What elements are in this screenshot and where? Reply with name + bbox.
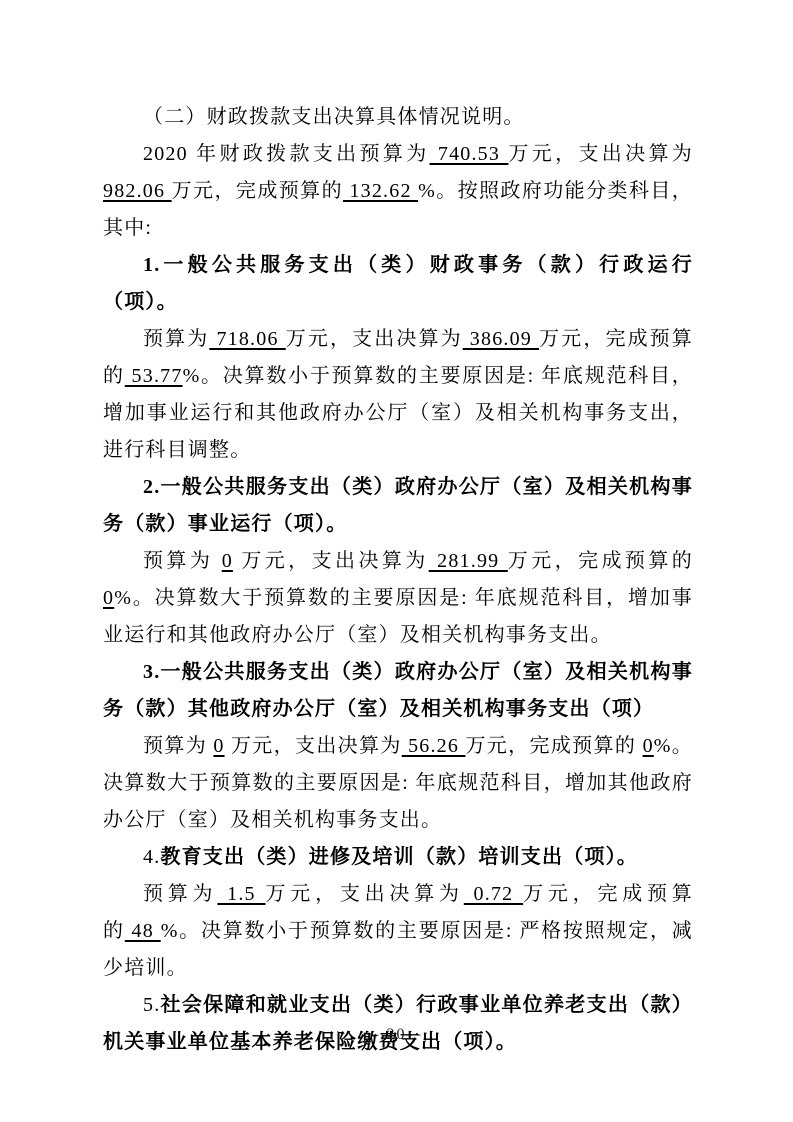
document-page: （二）财政拨款支出决算具体情况说明。2020 年财政拨款支出预算为 740.53…	[0, 0, 793, 1122]
underlined-value: 386.09	[463, 328, 539, 350]
underlined-value: 718.06	[209, 328, 285, 350]
underlined-value: 1.5	[217, 883, 265, 905]
document-body: （二）财政拨款支出决算具体情况说明。2020 年财政拨款支出预算为 740.53…	[103, 99, 693, 1061]
item-2-paragraph: 预算为 0 万元，支出决算为 281.99 万元，完成预算的 0%。决算数大于预…	[103, 543, 693, 654]
text-run: 预算为	[143, 735, 213, 757]
underlined-value: 0	[213, 735, 224, 757]
text-run: 万元，完成预算的	[172, 180, 343, 202]
item-5-heading: 5.社会保障和就业支出（类）行政事业单位养老支出（款）机关事业单位基本养老保险缴…	[103, 987, 693, 1061]
text-run: 万元，支出决算为	[266, 883, 464, 905]
text-run: 社会保障和就业支出（类）行政事业单位养老支出（款）机关事业单位基本养老保险缴费支…	[103, 994, 693, 1053]
underlined-value: 0	[643, 735, 654, 757]
text-run: 预算为	[143, 550, 222, 572]
text-run: 2020 年财政拨款支出预算为	[143, 143, 430, 165]
underlined-value: 0.72	[464, 883, 523, 905]
text-run: 4.	[143, 846, 160, 868]
underlined-value: 740.53	[430, 143, 509, 165]
text-run: 2.一般公共服务支出（类）政府办公厅（室）及相关机构事务（款）事业运行（项）。	[103, 476, 693, 535]
text-run: 万元，支出决算为	[286, 328, 463, 350]
text-run: 预算为	[143, 328, 209, 350]
underlined-value: 53.77	[125, 365, 183, 387]
underlined-value: 132.62	[343, 180, 418, 202]
text-run: 5.	[143, 994, 160, 1016]
text-run: 万元，支出决算为	[225, 735, 402, 757]
text-run: 万元，完成预算的	[465, 735, 642, 757]
text-run: 3.一般公共服务支出（类）政府办公厅（室）及相关机构事务（款）其他政府办公厅（室…	[103, 661, 693, 720]
underlined-value: 982.06	[103, 180, 172, 202]
item-3-paragraph: 预算为 0 万元，支出决算为 56.26 万元，完成预算的 0%。决算数大于预算…	[103, 728, 693, 839]
underlined-value: 48	[125, 920, 161, 942]
underlined-value: 56.26	[402, 735, 466, 757]
text-run: 教育支出（类）进修及培训（款）培训支出（项）。	[160, 846, 638, 868]
item-2-heading: 2.一般公共服务支出（类）政府办公厅（室）及相关机构事务（款）事业运行（项）。	[103, 469, 693, 543]
text-run: 预算为	[143, 883, 217, 905]
underlined-value: 0	[222, 550, 233, 572]
text-run: （二）财政拨款支出决算具体情况说明。	[143, 106, 525, 128]
item-3-heading: 3.一般公共服务支出（类）政府办公厅（室）及相关机构事务（款）其他政府办公厅（室…	[103, 654, 693, 728]
item-4-paragraph: 预算为 1.5 万元，支出决算为 0.72 万元，完成预算的 48 %。决算数小…	[103, 876, 693, 987]
text-run: 万元，完成预算的	[508, 550, 693, 572]
page-number: – 20 –	[0, 1026, 793, 1044]
text-run: %。决算数小于预算数的主要原因是: 严格按照规定，减少培训。	[103, 920, 693, 979]
text-run: 万元，支出决算为	[508, 143, 693, 165]
intro-paragraph: 2020 年财政拨款支出预算为 740.53 万元，支出决算为982.06 万元…	[103, 136, 693, 247]
underlined-value: 0	[103, 587, 114, 609]
item-4-heading: 4.教育支出（类）进修及培训（款）培训支出（项）。	[103, 839, 693, 876]
underlined-value: 281.99	[429, 550, 508, 572]
section-title: （二）财政拨款支出决算具体情况说明。	[103, 99, 693, 136]
text-run: %。决算数大于预算数的主要原因是: 年底规范科目，增加事业运行和其他政府办公厅（…	[103, 587, 693, 646]
text-run: 1.一般公共服务支出（类）财政事务（款）行政运行（项）。	[103, 254, 693, 313]
text-run: %。决算数小于预算数的主要原因是: 年底规范科目，增加事业运行和其他政府办公厅（…	[103, 365, 693, 461]
item-1-paragraph: 预算为 718.06 万元，支出决算为 386.09 万元，完成预算的 53.7…	[103, 321, 693, 469]
text-run: 万元，支出决算为	[233, 550, 429, 572]
item-1-heading: 1.一般公共服务支出（类）财政事务（款）行政运行（项）。	[103, 247, 693, 321]
